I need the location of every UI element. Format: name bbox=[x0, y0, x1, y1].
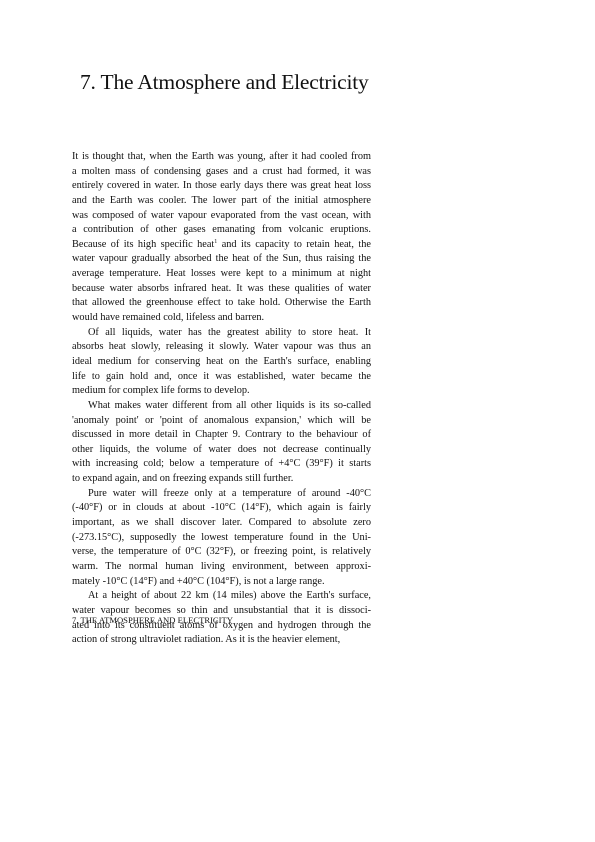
text-line: mately -10°C (14°F) and +40°C (104°F), i… bbox=[72, 575, 371, 590]
text-line: Of all liquids, water has the greatest a… bbox=[72, 326, 371, 341]
text-line: discussed in more detail in Chapter 9. C… bbox=[72, 428, 371, 443]
text-line: with increasing cold; below a temperatur… bbox=[72, 457, 371, 472]
text-line: life to gain hold and, once it was estab… bbox=[72, 370, 371, 385]
paragraph: Of all liquids, water has the greatest a… bbox=[72, 326, 371, 399]
paragraph: Pure water will freeze only at a tempera… bbox=[72, 487, 371, 589]
paragraph: What makes water different from all othe… bbox=[72, 399, 371, 487]
text-line: 'anomaly point' or 'point of anomalous e… bbox=[72, 414, 371, 429]
chapter-title: 7. The Atmosphere and Electricity bbox=[80, 70, 369, 95]
text-line: water vapour gradually absorbed the heat… bbox=[72, 252, 371, 267]
text-line: and the Earth was cooler. The lower part… bbox=[72, 194, 371, 209]
body-text: It is thought that, when the Earth was y… bbox=[72, 150, 371, 648]
text-line: a contribution of other gases emanating … bbox=[72, 223, 371, 238]
text-line: a molten mass of condensing gases and a … bbox=[72, 165, 371, 180]
paragraph: It is thought that, when the Earth was y… bbox=[72, 150, 371, 326]
text-line: verse, the temperature of 0°C (32°F), or… bbox=[72, 545, 371, 560]
text-line: It is thought that, when the Earth was y… bbox=[72, 150, 371, 165]
running-footer: 7. THE ATMOSPHERE AND ELECTRICITY bbox=[72, 615, 233, 625]
text-line: would have remained cold, lifeless and b… bbox=[72, 311, 371, 326]
footnote-marker[interactable]: 1 bbox=[214, 239, 217, 245]
text-line: What makes water different from all othe… bbox=[72, 399, 371, 414]
text-line: action of strong ultraviolet radiation. … bbox=[72, 633, 371, 648]
text-line: that allowed the greenhouse effect to ta… bbox=[72, 296, 371, 311]
text-line: average temperature. Heat losses were ke… bbox=[72, 267, 371, 282]
text-line: entirely covered in water. In those earl… bbox=[72, 179, 371, 194]
text-line: (-40°F) or in clouds at about -10°C (14°… bbox=[72, 501, 371, 516]
text-line: medium for complex life forms to develop… bbox=[72, 384, 371, 399]
text-line: absorbs heat slowly, releasing it slowly… bbox=[72, 340, 371, 355]
text-line: ideal medium for conserving heat on the … bbox=[72, 355, 371, 370]
text-line: to expand again, and on freezing expands… bbox=[72, 472, 371, 487]
text-line: other liquids, the volume of water does … bbox=[72, 443, 371, 458]
text-line: warm. The normal human living environmen… bbox=[72, 560, 371, 575]
text-line: Pure water will freeze only at a tempera… bbox=[72, 487, 371, 502]
text-line: (-273.15°C), supposedly the lowest tempe… bbox=[72, 531, 371, 546]
text-line: At a height of about 22 km (14 miles) ab… bbox=[72, 589, 371, 604]
text-line: was composed of water vapour evaporated … bbox=[72, 209, 371, 224]
text-line: because water absorbs infrared heat. It … bbox=[72, 282, 371, 297]
text-line: Because of its high specific heat1 and i… bbox=[72, 238, 371, 253]
text-line: important, as we shall discover later. C… bbox=[72, 516, 371, 531]
